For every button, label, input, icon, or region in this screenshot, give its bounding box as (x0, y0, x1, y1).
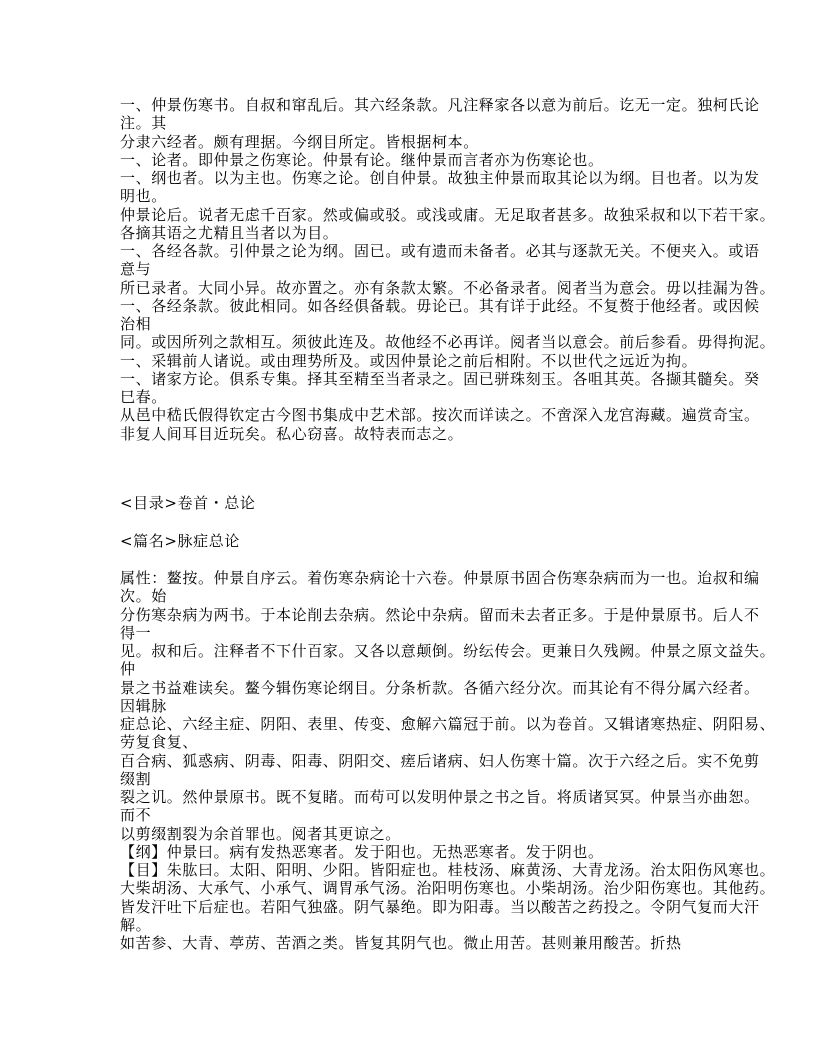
text-line: 从邑中嵇氏假得钦定古今图书集成中艺术部。按次而详读之。不啻深入龙宫海藏。遍赏奇宝… (120, 406, 710, 424)
text-line: 百合病、狐惑病、阴毒、阳毒、阴阳交、瘥后诸病、妇人伤寒十篇。次于六经之后。实不免… (120, 752, 710, 770)
text-line: 一、各经各款。引仲景之论为纲。固已。或有遗而未备者。必其与逐款无关。不便夹入。或… (120, 242, 710, 260)
text-line: 注。其 (120, 114, 710, 132)
text-line: 分伤寒杂病为两书。于本论削去杂病。然论中杂病。留而未去者正多。于是仲景原书。后人… (120, 606, 710, 624)
chapter-heading: <篇名>脉症总论 (120, 532, 240, 550)
text-line: 仲 (120, 660, 710, 678)
text-line: 属性：鳌按。仲景自序云。着伤寒杂病论十六卷。仲景原书固合伤寒杂病而为一也。迨叔和… (120, 569, 710, 587)
text-line: 一、采辑前人诸说。或由理势所及。或因仲景论之前后相附。不以世代之远近为拘。 (120, 352, 710, 370)
text-line: 因辑脉 (120, 697, 710, 715)
text-line: 得一 (120, 624, 710, 642)
text-line: 非复人间耳目近玩矣。私心窃喜。故特表而志之。 (120, 425, 710, 443)
text-line: 分隶六经者。颇有理据。今纲目所定。皆根据柯本。 (120, 133, 710, 151)
text-line: 皆发汗吐下后症也。若阳气独盛。阴气暴绝。即为阳毒。当以酸苦之药投之。令阴气复而大… (120, 898, 710, 916)
text-line: 所已录者。大同小异。故亦置之。亦有条款太繁。不必备录者。阅者当为意会。毋以挂漏为… (120, 279, 710, 297)
text-line: 劳复食复、 (120, 733, 710, 751)
text-line: 各摘其语之尤精且当者以为目。 (120, 224, 710, 242)
text-line: 明也。 (120, 187, 710, 205)
text-line: 一、诸家方论。俱系专集。择其至精至当者录之。固已骈珠刻玉。各咀其英。各撷其髓矣。… (120, 370, 710, 388)
text-line: 而不 (120, 806, 710, 824)
text-line: 仲景论后。说者无虑千百家。然或偏或驳。或浅或庸。无足取者甚多。故独采叔和以下若干… (120, 206, 710, 224)
text-line: 以剪缀割裂为余首罪也。阅者其更谅之。 (120, 825, 710, 843)
text-line: 见。叔和后。注释者不下什百家。又各以意颠倒。纷纭传会。更兼日久残阙。仲景之原文益… (120, 642, 710, 660)
text-line: 治相 (120, 315, 710, 333)
text-line: 同。或因所列之款相互。须彼此连及。故他经不必再详。阅者当以意会。前后参看。毋得拘… (120, 333, 710, 351)
toc-heading: <目录>卷首・总论 (120, 494, 256, 512)
text-line: 症总论、六经主症、阴阳、表里、传变、愈解六篇冠于前。以为卷首。又辑诸寒热症、阴阳… (120, 715, 710, 733)
text-line: 一、纲也者。以为主也。伤寒之论。创自仲景。故独主仲景而取其论以为纲。目也者。以为… (120, 169, 710, 187)
preface-notes: 一、仲景伤寒书。自叔和窜乱后。其六经条款。凡注释家各以意为前后。讫无一定。独柯氏… (120, 96, 710, 443)
text-line: 【目】朱肱曰。太阳、阳明、少阳。皆阳症也。桂枝汤、麻黄汤、大青龙汤。治太阳伤风寒… (120, 861, 710, 879)
text-line: 解。 (120, 916, 710, 934)
text-line: 如苦参、大青、葶苈、苦酒之类。皆复其阴气也。微止用苦。甚则兼用酸苦。折热 (120, 934, 710, 952)
text-line: 意与 (120, 260, 710, 278)
text-line: 一、仲景伤寒书。自叔和窜乱后。其六经条款。凡注释家各以意为前后。讫无一定。独柯氏… (120, 96, 710, 114)
text-line: 巳春。 (120, 388, 710, 406)
text-line: 景之书益难读矣。鳌今辑伤寒论纲目。分条析款。各循六经分次。而其论有不得分属六经者… (120, 679, 710, 697)
text-line: 缀割 (120, 770, 710, 788)
text-line: 一、各经条款。彼此相同。如各经俱备载。毋论已。其有详于此经。不复赘于他经者。或因… (120, 297, 710, 315)
text-line: 大柴胡汤、大承气、小承气、调胃承气汤。治阳明伤寒也。小柴胡汤。治少阳伤寒也。其他… (120, 879, 710, 897)
text-line: 【纲】仲景曰。病有发热恶寒者。发于阳也。无热恶寒者。发于阴也。 (120, 843, 710, 861)
text-line: 裂之讥。然仲景原书。既不复睹。而苟可以发明仲景之书之旨。将质诸冥冥。仲景当亦曲恕… (120, 788, 710, 806)
text-line: 次。始 (120, 587, 710, 605)
chapter-body: 属性：鳌按。仲景自序云。着伤寒杂病论十六卷。仲景原书固合伤寒杂病而为一也。迨叔和… (120, 569, 710, 952)
text-line: 一、论者。即仲景之伤寒论。仲景有论。继仲景而言者亦为伤寒论也。 (120, 151, 710, 169)
